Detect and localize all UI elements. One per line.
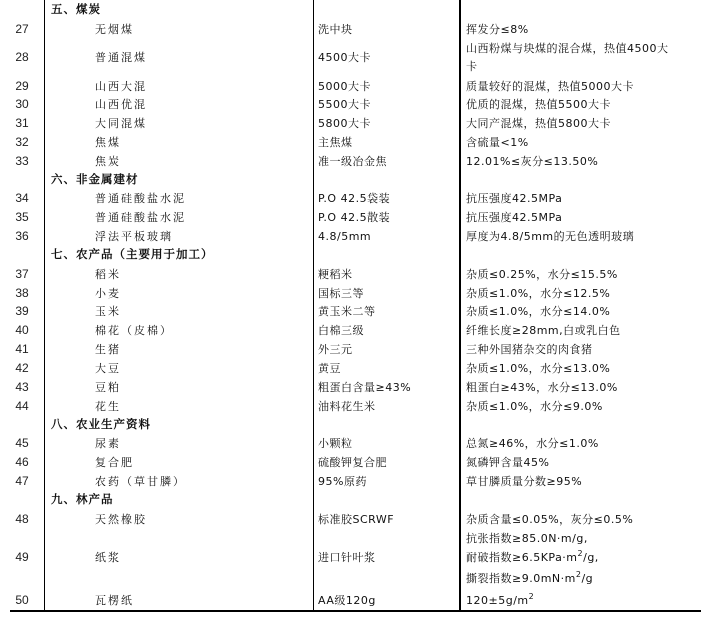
commodity-spec: 油料花生米 <box>318 399 376 414</box>
row-number: 35 <box>4 210 40 225</box>
commodity-name: 大豆 <box>95 361 121 376</box>
quality-standard-burst: 耐破指数≥6.5KPa·m2/g, <box>466 550 599 565</box>
commodity-name: 普通混煤 <box>95 50 147 65</box>
row-number: 30 <box>4 97 40 112</box>
quality-standard: 杂质≤1.0%，水分≤14.0% <box>466 304 610 319</box>
quality-standard: 厚度为4.8/5mm的无色透明玻璃 <box>466 229 634 244</box>
commodity-spec: 小颗粒 <box>318 436 353 451</box>
quality-standard: 总氮≥46%，水分≤1.0% <box>466 436 599 451</box>
commodity-spec: 硫酸钾复合肥 <box>318 455 387 470</box>
commodity-spec: 95%原药 <box>318 474 367 489</box>
column-divider-right <box>459 0 461 611</box>
quality-standard: 杂质含量≤0.05%，灰分≤0.5% <box>466 512 633 527</box>
commodity-spec: 准一级冶金焦 <box>318 154 387 169</box>
quality-standard: 杂质≤0.25%，水分≤15.5% <box>466 267 618 282</box>
quality-standard-tensile: 抗张指数≥85.0N·m/g, <box>466 531 588 546</box>
commodity-name: 焦炭 <box>95 154 121 169</box>
commodity-name: 玉米 <box>95 304 121 319</box>
row-number: 32 <box>4 135 40 150</box>
commodity-spec: P.O 42.5袋装 <box>318 191 390 206</box>
quality-standard: 山西粉煤与块煤的混合煤，热值4500大 <box>466 41 669 56</box>
commodity-spec: 主焦煤 <box>318 135 353 150</box>
commodity-name: 豆粕 <box>95 380 121 395</box>
commodity-spec: 粗蛋白含量≥43% <box>318 380 411 395</box>
quality-standard: 杂质≤1.0%，水分≤9.0% <box>466 399 603 414</box>
row-number: 34 <box>4 191 40 206</box>
row-number: 27 <box>4 22 40 37</box>
commodity-name: 花生 <box>95 399 121 414</box>
commodity-spec: AA级120g <box>318 593 376 608</box>
row-number: 46 <box>4 455 40 470</box>
row-number: 37 <box>4 267 40 282</box>
commodity-name: 棉花（皮棉） <box>95 323 173 338</box>
commodity-spec: 标准胶SCRWF <box>318 512 394 527</box>
commodity-spec: P.O 42.5散装 <box>318 210 390 225</box>
commodity-name: 大同混煤 <box>95 116 147 131</box>
table-bottom-rule <box>10 610 701 612</box>
commodity-name: 尿素 <box>95 436 121 451</box>
row-number: 29 <box>4 79 40 94</box>
commodity-name: 纸浆 <box>95 550 121 565</box>
commodity-name: 稻米 <box>95 267 121 282</box>
row-number: 36 <box>4 229 40 244</box>
quality-standard: 优质的混煤，热值5500大卡 <box>466 97 611 112</box>
quality-standard-tear: 撕裂指数≥9.0mN·m2/g <box>466 571 593 586</box>
quality-standard: 12.01%≤灰分≤13.50% <box>466 154 598 169</box>
commodity-name: 小麦 <box>95 286 121 301</box>
commodity-name: 山西大混 <box>95 79 147 94</box>
commodity-name: 普通硅酸盐水泥 <box>95 191 186 206</box>
commodity-spec: 外三元 <box>318 342 353 357</box>
row-number: 38 <box>4 286 40 301</box>
row-number: 31 <box>4 116 40 131</box>
commodity-name: 焦煤 <box>95 135 121 150</box>
commodity-spec: 5800大卡 <box>318 116 371 131</box>
commodity-name: 浮法平板玻璃 <box>95 229 173 244</box>
row-number: 49 <box>4 550 40 565</box>
row-number: 47 <box>4 474 40 489</box>
commodity-name: 无烟煤 <box>95 22 134 37</box>
quality-standard: 纤维长度≥28mm,白或乳白色 <box>466 323 621 338</box>
row-number: 42 <box>4 361 40 376</box>
quality-standard: 粗蛋白≥43%，水分≤13.0% <box>466 380 618 395</box>
quality-standard: 草甘膦质量分数≥95% <box>466 474 582 489</box>
commodity-name: 普通硅酸盐水泥 <box>95 210 186 225</box>
quality-standard: 大同产混煤，热值5800大卡 <box>466 116 611 131</box>
commodity-spec: 4.8/5mm <box>318 229 371 244</box>
row-number: 43 <box>4 380 40 395</box>
commodity-name: 山西优混 <box>95 97 147 112</box>
commodity-name: 瓦楞纸 <box>95 593 134 608</box>
quality-standard: 质量较好的混煤，热值5000大卡 <box>466 79 634 94</box>
quality-standard: 挥发分≤8% <box>466 22 529 37</box>
commodity-spec: 黄玉米二等 <box>318 304 376 319</box>
row-number: 50 <box>4 593 40 608</box>
commodity-spec: 5500大卡 <box>318 97 371 112</box>
quality-standard: 杂质≤1.0%，水分≤13.0% <box>466 361 610 376</box>
row-number: 28 <box>4 50 40 65</box>
commodity-name: 生猪 <box>95 342 121 357</box>
column-divider-left <box>44 0 45 611</box>
row-number: 40 <box>4 323 40 338</box>
commodity-spec: 4500大卡 <box>318 50 371 65</box>
commodity-spec: 进口针叶浆 <box>318 550 376 565</box>
commodity-name: 天然橡胶 <box>95 512 147 527</box>
row-number: 44 <box>4 399 40 414</box>
quality-standard: 120±5g/m2 <box>466 593 534 608</box>
quality-standard: 抗压强度42.5MPa <box>466 191 562 206</box>
column-divider-middle <box>313 0 314 611</box>
quality-standard: 氮磷钾含量45% <box>466 455 549 470</box>
quality-standard: 抗压强度42.5MPa <box>466 210 562 225</box>
quality-standard-continued: 卡 <box>466 59 478 74</box>
commodity-spec: 粳稻米 <box>318 267 353 282</box>
commodity-spec: 黄豆 <box>318 361 341 376</box>
row-number: 41 <box>4 342 40 357</box>
commodity-spec: 国标三等 <box>318 286 364 301</box>
quality-standard: 三种外国猪杂交的肉食猪 <box>466 342 593 357</box>
commodity-spec: 白棉三级 <box>318 323 364 338</box>
row-number: 39 <box>4 304 40 319</box>
commodity-spec: 5000大卡 <box>318 79 371 94</box>
quality-standard: 杂质≤1.0%，水分≤12.5% <box>466 286 610 301</box>
commodity-spec: 洗中块 <box>318 22 353 37</box>
row-number: 33 <box>4 154 40 169</box>
row-number: 48 <box>4 512 40 527</box>
quality-standard: 含硫量<1% <box>466 135 529 150</box>
row-number: 45 <box>4 436 40 451</box>
commodity-name: 农药（草甘膦） <box>95 474 186 489</box>
commodity-name: 复合肥 <box>95 455 134 470</box>
